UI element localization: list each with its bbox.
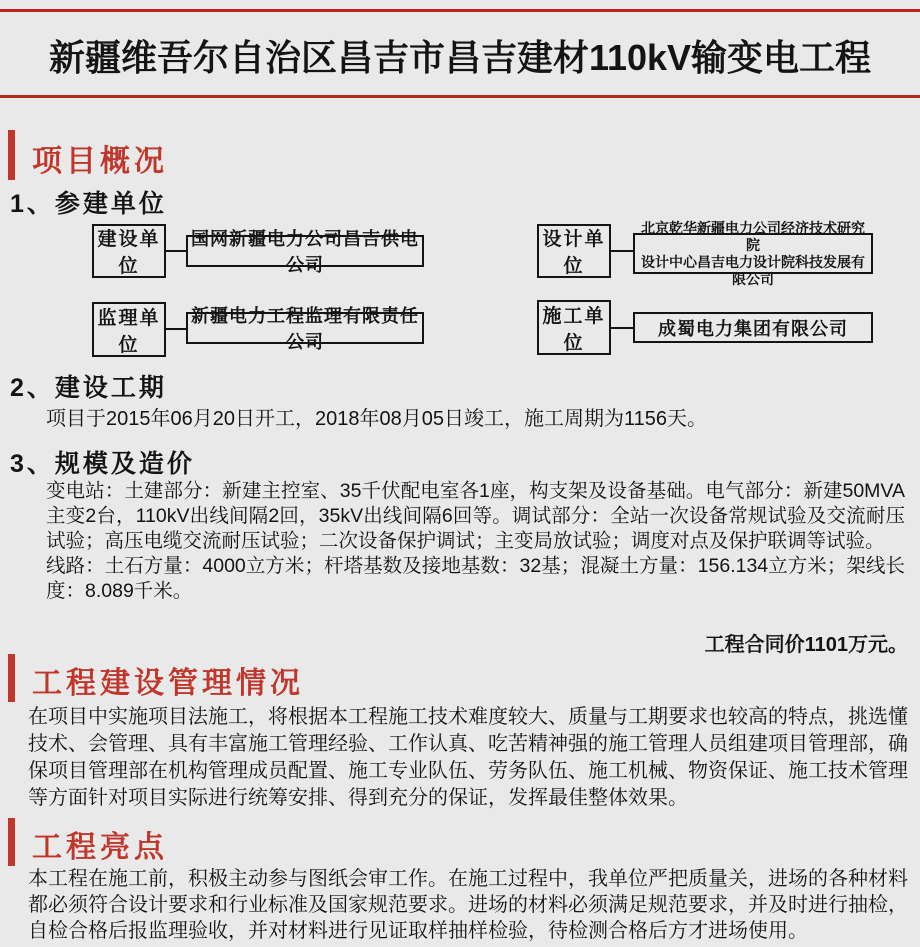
company-box-construction-unit: 国网新疆电力公司昌吉供电公司 xyxy=(186,235,424,267)
document-page: 新疆维吾尔自治区昌吉市昌吉建材110kV输变电工程 项目概况 1、参建单位 建设… xyxy=(0,0,920,947)
schedule-heading: 2、建设工期 xyxy=(10,368,167,404)
management-section-title: 工程建设管理情况 xyxy=(32,658,304,702)
highlights-body: 本工程在施工前，积极主动参与图纸会审工作。在施工过程中，我单位严把质量关，进场的… xyxy=(28,866,908,944)
role-box-contractor-unit: 施工单位 xyxy=(537,300,611,355)
contract-price: 工程合同价1101万元。 xyxy=(705,628,908,657)
management-section-bar xyxy=(8,654,15,702)
schedule-text: 项目于2015年06月20日开工，2018年08月05日竣工，施工周期为1156… xyxy=(46,402,707,431)
title-bottom-rule xyxy=(0,95,920,98)
connector-line xyxy=(611,250,633,252)
role-box-construction-unit: 建设单位 xyxy=(92,224,166,278)
scale-line-paragraph: 线路：土石方量：4000立方米；杆塔基数及接地基数：32基；混凝土方量：156.… xyxy=(46,554,905,604)
scale-substation-paragraph: 变电站：土建部分：新建主控室、35千伏配电室各1座，构支架及设备基础。电气部分：… xyxy=(46,479,905,554)
scale-body: 变电站：土建部分：新建主控室、35千伏配电室各1座，构支架及设备基础。电气部分：… xyxy=(46,479,905,604)
company-box-contractor-unit: 成蜀电力集团有限公司 xyxy=(633,312,873,343)
highlights-section-title: 工程亮点 xyxy=(32,822,168,866)
role-box-design-unit: 设计单位 xyxy=(537,224,611,278)
connector-line xyxy=(611,327,633,329)
scale-heading: 3、规模及造价 xyxy=(10,444,195,480)
management-body: 在项目中实施项目法施工，将根据本工程施工技术难度较大、质量与工期要求也较高的特点… xyxy=(28,704,908,812)
overview-section-title: 项目概况 xyxy=(32,136,168,180)
company-box-design-unit: 北京乾华新疆电力公司经济技术研究院 设计中心昌吉电力设计院科技发展有限公司 xyxy=(633,233,873,274)
role-box-supervision-unit: 监理单位 xyxy=(92,302,166,357)
participants-heading: 1、参建单位 xyxy=(10,184,167,220)
connector-line xyxy=(166,328,186,330)
document-title: 新疆维吾尔自治区昌吉市昌吉建材110kV输变电工程 xyxy=(0,30,920,81)
overview-section-bar xyxy=(8,130,15,180)
company-box-supervision-unit: 新疆电力工程监理有限责任公司 xyxy=(186,312,424,344)
top-rule xyxy=(0,9,920,12)
highlights-section-bar xyxy=(8,818,15,866)
connector-line xyxy=(166,250,186,252)
